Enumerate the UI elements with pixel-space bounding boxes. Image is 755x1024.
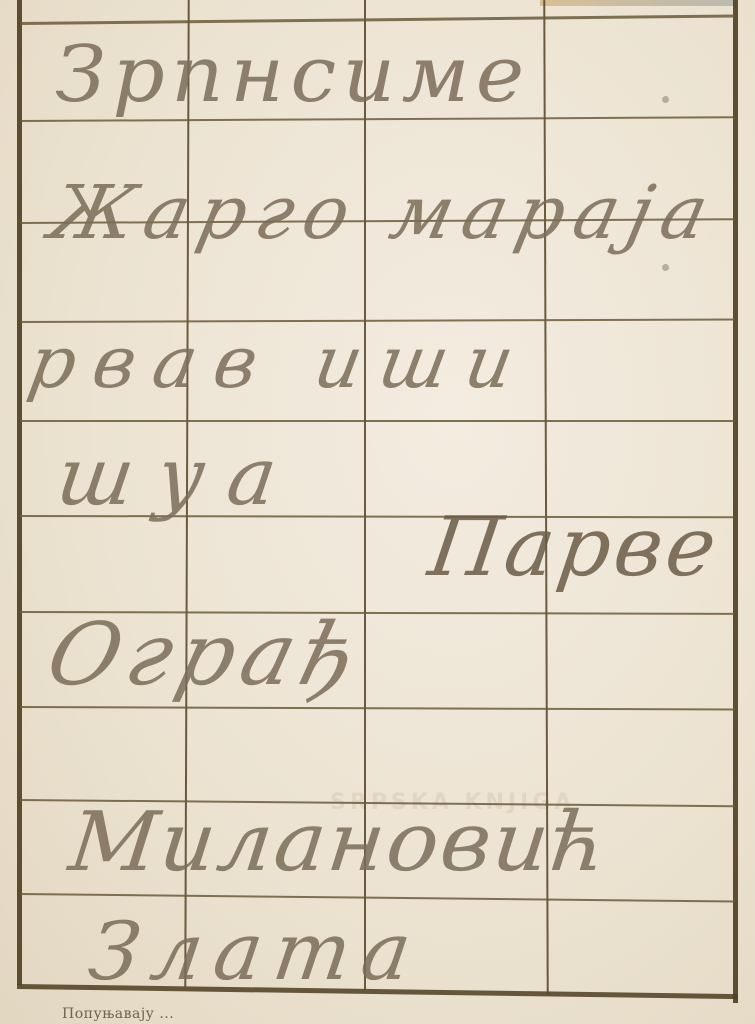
row-line-8 bbox=[20, 706, 735, 710]
handwriting-line-6: Ограђ bbox=[38, 605, 377, 705]
row-line-1 bbox=[20, 15, 735, 25]
handwriting-line-8: Злата bbox=[83, 905, 428, 998]
left-border bbox=[17, 0, 22, 985]
handwriting-line-3: рвав иши bbox=[23, 320, 538, 404]
handwriting-line-2: Жарго мараја bbox=[43, 170, 725, 256]
ink-dot bbox=[662, 264, 669, 271]
right-border bbox=[733, 0, 738, 1003]
top-edge-tint bbox=[540, 0, 735, 6]
handwriting-line-1: Зрпнсиме bbox=[55, 30, 531, 120]
row-line-5 bbox=[20, 420, 735, 422]
handwriting-line-4: шуа bbox=[51, 430, 306, 523]
ink-dot bbox=[662, 96, 669, 103]
ledger-page: SRPSKA KNJIGA Зрпнсиме Жарго мараја рвав… bbox=[0, 0, 755, 1024]
footer-printed-text: Попуњавају ... bbox=[62, 1006, 174, 1022]
handwriting-line-5: Парве bbox=[423, 500, 726, 595]
row-line-10 bbox=[20, 893, 735, 902]
handwriting-line-7: Милановић bbox=[65, 795, 614, 890]
